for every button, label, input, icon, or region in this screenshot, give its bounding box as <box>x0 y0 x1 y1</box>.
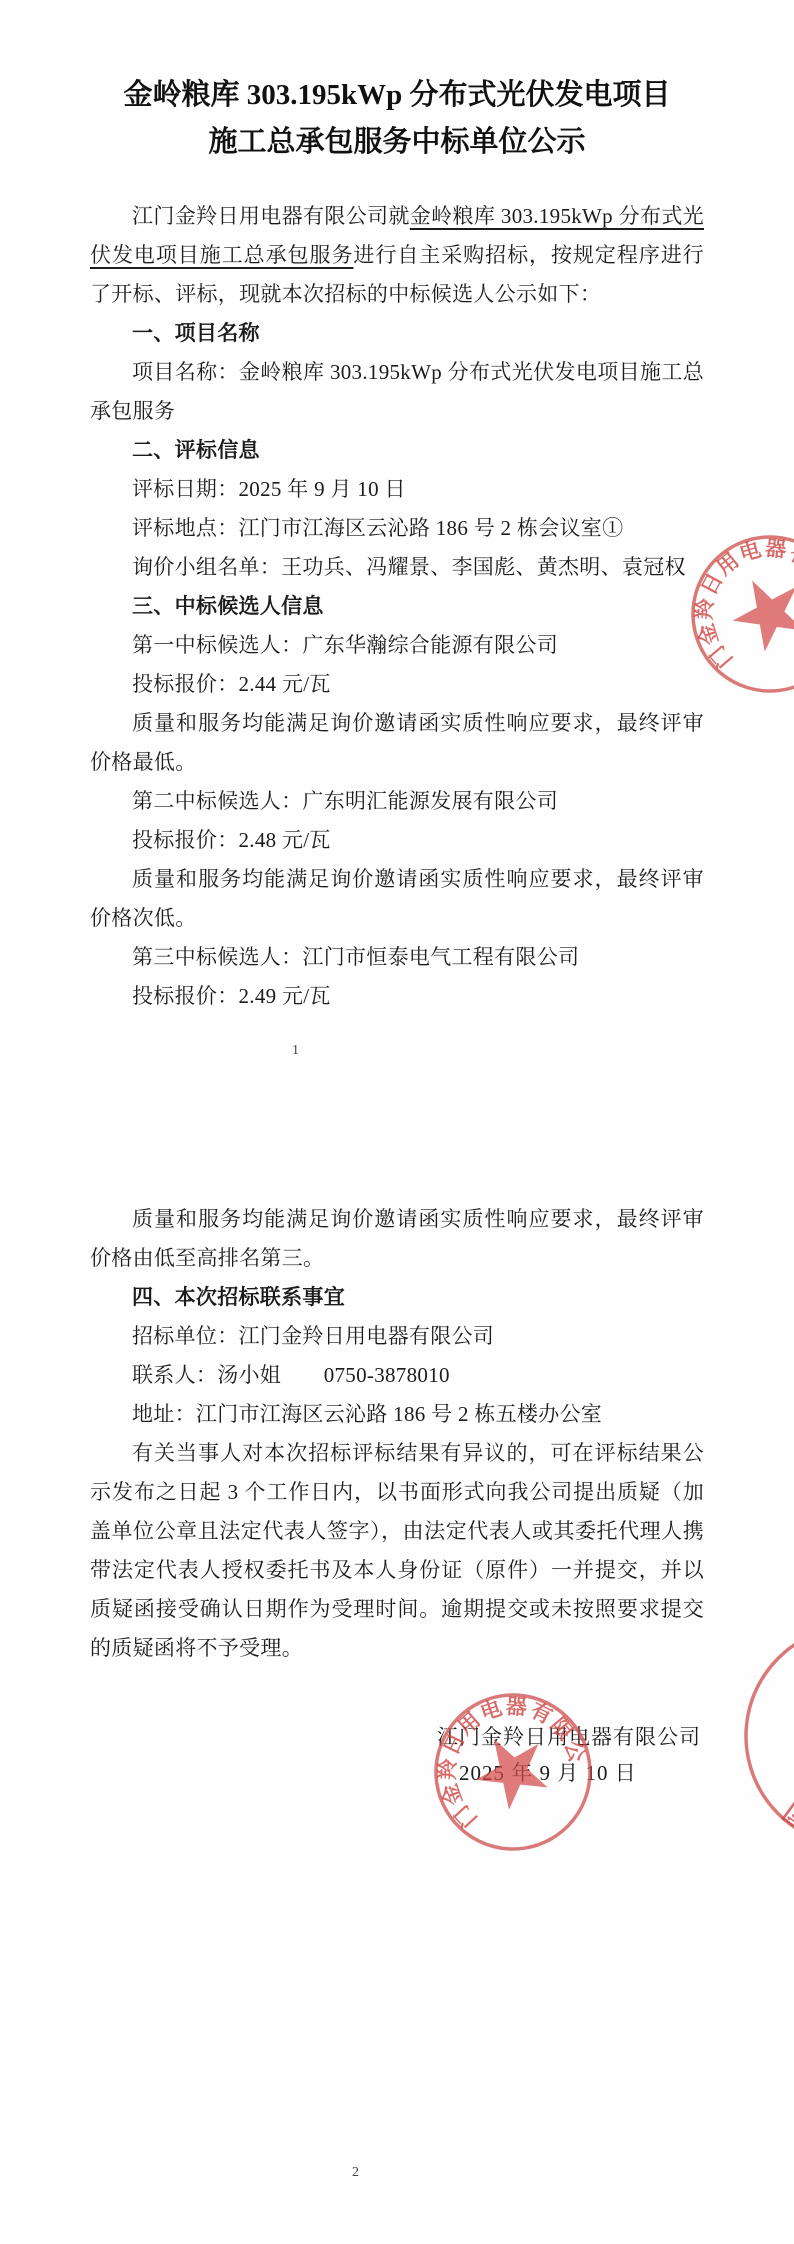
intro-pre: 江门金羚日用电器有限公司就 <box>132 204 410 228</box>
star-icon <box>463 1721 560 1817</box>
page-number-1: 1 <box>292 1043 299 1059</box>
project-name-line: 项目名称：金岭粮库 303.195kWp 分布式光伏发电项目施工总承包服务 <box>90 353 704 431</box>
page-number-2: 2 <box>352 2165 359 2181</box>
candidate-2-remark: 质量和服务均能满足询价邀请函实质性响应要求，最终评审价格次低。 <box>90 860 704 938</box>
section-3-heading: 三、中标候选人信息 <box>90 587 704 626</box>
address-line: 地址：江门市江海区云沁路 186 号 2 栋五楼办公室 <box>90 1395 704 1434</box>
page-1-content: 江门金羚日用电器有限公司就金岭粮库 303.195kWp 分布式光伏发电项目施工… <box>90 197 704 1016</box>
contact-person-line: 联系人：汤小姐 0750-3878010 <box>90 1356 704 1395</box>
objection-procedure-paragraph: 有关当事人对本次招标评标结果有异议的，可在评标结果公示发布之日起 3 个工作日内… <box>90 1434 704 1668</box>
candidate-2-name: 第二中标候选人：广东明汇能源发展有限公司 <box>90 782 704 821</box>
evaluation-location-line: 评标地点：江门市江海区云沁路 186 号 2 栋会议室① <box>90 509 704 548</box>
company-seal-stamp-page2: 江门金羚日用电器有限公司 <box>427 1686 599 1858</box>
scanned-announcement-document: 金岭粮库 303.195kWp 分布式光伏发电项目 施工总承包服务中标单位公示 … <box>0 0 794 2244</box>
intro-paragraph: 江门金羚日用电器有限公司就金岭粮库 303.195kWp 分布式光伏发电项目施工… <box>90 197 704 314</box>
candidate-3-name: 第三中标候选人：江门市恒泰电气工程有限公司 <box>90 938 704 977</box>
title-line-2: 施工总承包服务中标单位公示 <box>208 126 585 158</box>
section-1-heading: 一、项目名称 <box>90 314 704 353</box>
page-2-content: 质量和服务均能满足询价邀请函实质性响应要求，最终评审价格由低至高排名第三。 四、… <box>90 1200 704 1668</box>
seal-text: 江门金羚日用电器有限公司 <box>774 1620 794 1856</box>
star-icon <box>720 564 794 659</box>
candidate-1-name: 第一中标候选人：广东华瀚综合能源有限公司 <box>90 626 704 665</box>
evaluation-date-line: 评标日期：2025 年 9 月 10 日 <box>90 470 704 509</box>
company-seal-stamp-page2-edge: 江门金羚日用电器有限公司 <box>736 1616 794 1856</box>
tender-unit-line: 招标单位：江门金羚日用电器有限公司 <box>90 1317 704 1356</box>
candidate-3-remark: 质量和服务均能满足询价邀请函实质性响应要求，最终评审价格由低至高排名第三。 <box>90 1200 704 1278</box>
candidate-1-remark: 质量和服务均能满足询价邀请函实质性响应要求，最终评审价格最低。 <box>90 704 704 782</box>
title-line-1: 金岭粮库 303.195kWp 分布式光伏发电项目 <box>123 79 670 111</box>
company-seal-stamp-page1: 江门金羚日用电器有限公司 <box>684 528 794 700</box>
inquiry-panel-line: 询价小组名单：王功兵、冯耀景、李国彪、黄杰明、袁冠权 <box>90 548 704 587</box>
section-4-heading: 四、本次招标联系事宜 <box>90 1278 704 1317</box>
candidate-2-price: 投标报价：2.48 元/瓦 <box>90 821 704 860</box>
candidate-1-price: 投标报价：2.44 元/瓦 <box>90 665 704 704</box>
candidate-3-price: 投标报价：2.49 元/瓦 <box>90 977 704 1016</box>
document-title: 金岭粮库 303.195kWp 分布式光伏发电项目 施工总承包服务中标单位公示 <box>0 72 794 166</box>
section-2-heading: 二、评标信息 <box>90 431 704 470</box>
